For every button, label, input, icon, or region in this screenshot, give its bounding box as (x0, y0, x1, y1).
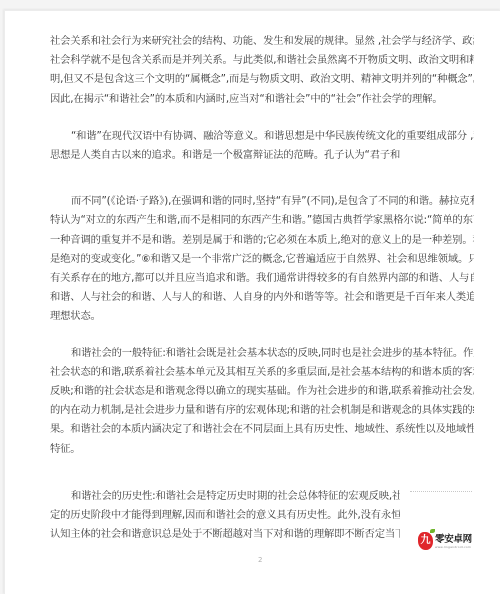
site-watermark: 九 零安卓网 www.lingandroid.com (418, 526, 480, 556)
paragraph-general-features: 和谐社会的一般特征:和谐社会既是社会基本状态的反映,同时也是社会进步的基本特征。… (50, 344, 474, 459)
paragraph-society-definition: 社会关系和社会行为来研究社会的结构、功能、发生和发展的规律。显然 ,社会学与经济… (50, 32, 474, 109)
text-line: 是绝对的变或变化。”⑥和谐又是一个非常广泛的概念,它普遍适应于自然界、社会和思维… (50, 250, 474, 269)
paragraph-harmony-meaning: “和谐”在现代汉语中有协调、融洽等意义。和谐思想是中华民族传统文化的重要组成部分… (50, 127, 474, 165)
text-line: 和谐、人与社会的和谐、人与人的和谐、人自身的内外和谐等等。社会和谐更是千百年来人… (50, 288, 474, 307)
text-line: 思想是人类自古以来的追求。和谐是一个极富辩证法的范畴。孔子认为“君子和 (50, 146, 474, 165)
text-line: 一种音调的重复并不是和谐。差别是属于和谐的;它必须在本质上,绝对的意义上的是一种… (50, 231, 474, 250)
watermark-url: www.lingandroid.com (435, 545, 472, 549)
watermark-logo-icon: 九 (418, 532, 433, 550)
document-body: 社会关系和社会行为来研究社会的结构、功能、发生和发展的规律。显然 ,社会学与经济… (50, 32, 474, 544)
text-line: 理想状态。 (50, 307, 474, 326)
text-line: 特征。 (50, 440, 474, 459)
text-line: 因此,在揭示“和谐社会”的本质和内涵时,应当对“和谐社会”中的“社会”作社会学的… (50, 90, 474, 109)
text-line: 和谐社会的一般特征:和谐社会既是社会基本状态的反映,同时也是社会进步的基本特征。… (50, 344, 474, 363)
paragraph-harmony-philosophy: 而不同”(《论语·子路》),在强调和谐的同时,坚持“有异”(不同),是包含了不同… (50, 192, 474, 326)
text-line: 特认为“对立的东西产生和谐,而不是相同的东西产生和谐。”德国古典哲学家黑格尔说:… (50, 211, 474, 230)
text-line: 社会科学就不是包含关系而是并列关系。与此类似,和谐社会虽然离不开物质文明、政治文… (50, 51, 474, 70)
text-line: 社会关系和社会行为来研究社会的结构、功能、发生和发展的规律。显然 ,社会学与经济… (50, 32, 474, 51)
watermark-site-name: 零安卓网 (435, 534, 472, 545)
text-line: 果。和谐社会的本质内涵决定了和谐社会在不同层面上具有历史性、地域性、系统性以及地… (50, 420, 474, 439)
document-viewer: 社会关系和社会行为来研究社会的结构、功能、发生和发展的规律。显然 ,社会学与经济… (0, 0, 500, 594)
text-line: 的内在动力机制,是社会进步力量和谐有序的宏观体现;和谐的社会机制是和谐观念的具体… (50, 401, 474, 420)
page-number: 2 (258, 556, 262, 564)
text-line: 反映;和谐的社会状态是和谐观念得以确立的现实基础。作为社会进步的和谐,联系着推动… (50, 382, 474, 401)
text-line: 明,但又不是包含这三个文明的“属概念”,而是与物质文明、政治文明、精神文明并列的… (50, 70, 474, 89)
text-line: 有关系存在的地方,都可以并且应当追求和谐。我们通常讲得较多的有自然界内部的和谐、… (50, 269, 474, 288)
text-line: “和谐”在现代汉语中有协调、融洽等意义。和谐思想是中华民族传统文化的重要组成部分… (50, 127, 474, 146)
text-line: 社会状态的和谐,联系着社会基本单元及其相互关系的多重层面,是社会基本结构的和谐本… (50, 363, 474, 382)
text-line: 而不同”(《论语·子路》),在强调和谐的同时,坚持“有异”(不同),是包含了不同… (50, 192, 474, 211)
